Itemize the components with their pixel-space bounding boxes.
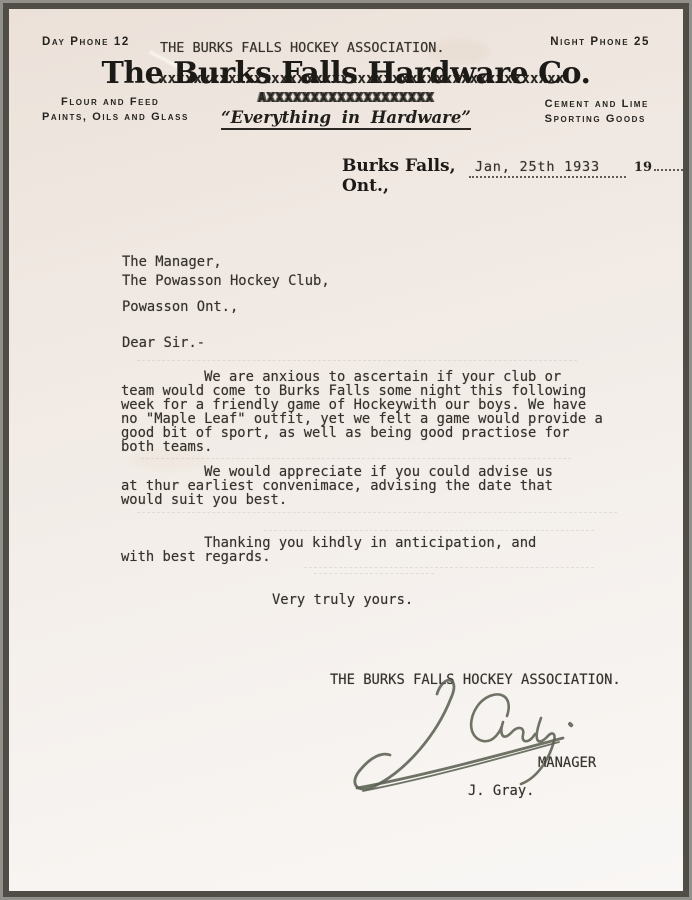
slogan-wrap: “Everything in Hardware” bbox=[9, 108, 683, 127]
scanned-letter-frame: Day Phone 12 Night Phone 25 THE BURKS FA… bbox=[0, 0, 692, 900]
body-line: would suit you best. bbox=[121, 494, 553, 508]
body-line: with best regards. bbox=[121, 551, 536, 565]
handwritten-signature bbox=[319, 664, 589, 799]
paragraph-1: We are anxious to ascertain if your club… bbox=[121, 371, 603, 454]
paragraph-3: Thanking you kihdly in anticipation, and… bbox=[121, 537, 536, 565]
dateline-year-prefix: 19 bbox=[626, 160, 654, 176]
dateline-blank-rule bbox=[654, 155, 683, 171]
letter-paper: Day Phone 12 Night Phone 25 THE BURKS FA… bbox=[3, 3, 689, 897]
dateline: Burks Falls, Ont., Jan, 25th 1933 19 bbox=[342, 155, 683, 196]
ghost-typing-artifact bbox=[304, 567, 594, 568]
ghost-typing-artifact bbox=[137, 360, 577, 361]
slogan-text: “Everything in Hardware” bbox=[221, 108, 471, 130]
valediction: Very truly yours. bbox=[272, 594, 413, 608]
signer-typed-name: J. Gray. bbox=[468, 785, 534, 799]
dateline-place: Burks Falls, Ont., bbox=[342, 156, 469, 196]
ghost-typing-artifact bbox=[264, 530, 594, 531]
products-left-line1: Flour and Feed bbox=[61, 96, 159, 108]
recipient-line: The Manager, bbox=[122, 256, 222, 270]
signer-title: MANAGER bbox=[538, 757, 596, 771]
typed-organization-overprint: THE BURKS FALLS HOCKEY ASSOCIATION. bbox=[160, 42, 444, 56]
ghost-typing-artifact bbox=[141, 458, 571, 459]
typed-strikeout-row: xxxxxxxxxxxxxxxxxxxxxxxxxxxxxxxxxxxxxxxx… bbox=[159, 73, 565, 87]
body-line: both teams. bbox=[121, 441, 603, 455]
ghost-typing-artifact bbox=[137, 512, 617, 513]
salutation: Dear Sir.- bbox=[122, 337, 205, 351]
ghost-typing-artifact bbox=[314, 573, 434, 574]
dateline-typed-date: Jan, 25th 1933 bbox=[469, 161, 626, 178]
night-phone-label: Night Phone 25 bbox=[550, 36, 650, 48]
day-phone-label: Day Phone 12 bbox=[42, 36, 130, 48]
recipient-line: The Powasson Hockey Club, bbox=[122, 275, 330, 289]
recipient-line: Powasson Ont., bbox=[122, 301, 238, 315]
paragraph-2: We would appreciate if you could advise … bbox=[121, 466, 553, 508]
